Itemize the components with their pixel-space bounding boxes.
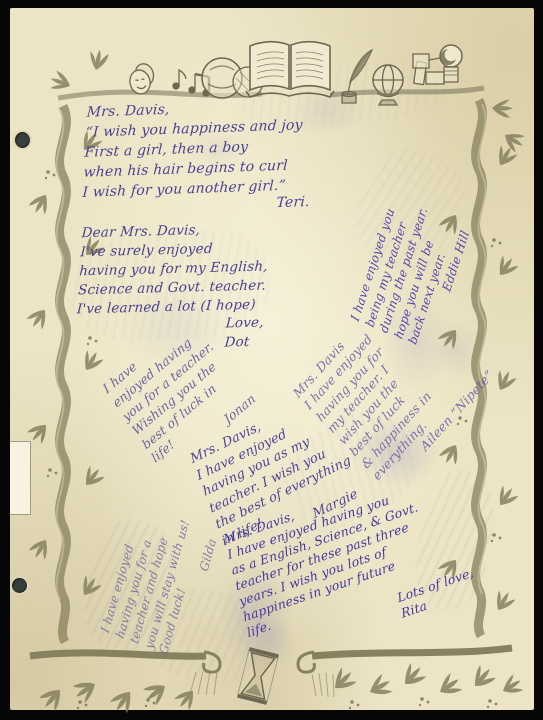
hole-punch [15, 132, 30, 148]
message-text: Mrs. Davis, “I wish you happiness and jo… [82, 92, 417, 203]
autograph-message-poem: Mrs. Davis, “I wish you happiness and jo… [81, 92, 417, 221]
hole-punch [12, 578, 27, 593]
edge-tab [10, 441, 31, 515]
scanned-autograph-page: Mrs. Davis, “I wish you happiness and jo… [0, 0, 543, 720]
